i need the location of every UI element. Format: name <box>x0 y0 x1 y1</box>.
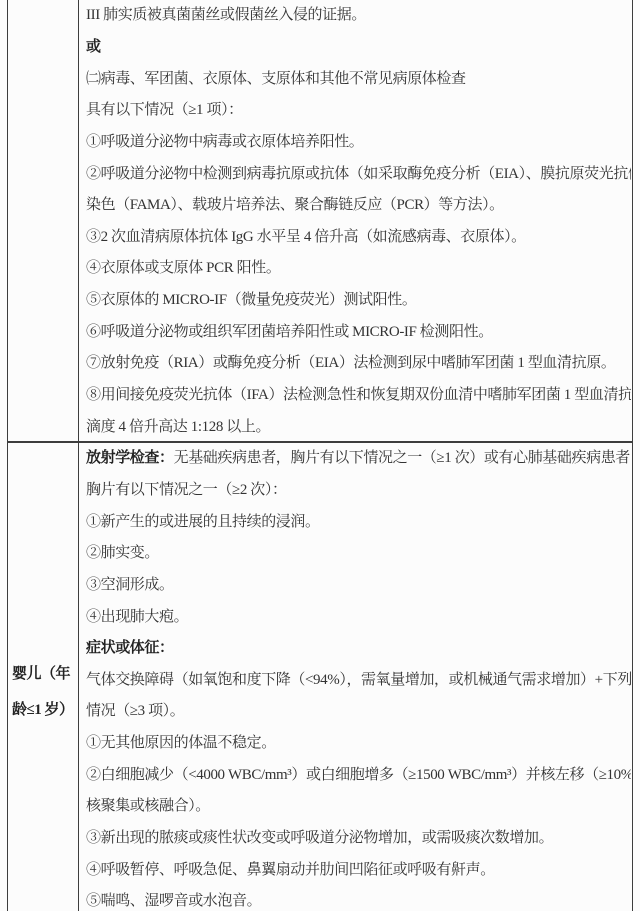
text-line: 症状或体征： <box>86 631 631 663</box>
text-line: ②肺实变。 <box>86 536 631 568</box>
text-segment: 具有以下情况（≥1 项）： <box>86 98 243 119</box>
text-line: 核聚集或核融合）。 <box>86 789 631 821</box>
text-line: ④衣原体或支原体 PCR 阳性。 <box>86 251 631 283</box>
text-segment: III 肺实质被真菌菌丝或假菌丝入侵的证据。 <box>86 3 366 24</box>
text-line: 放射学检查：无基础疾病患者，胸片有以下情况之一（≥1 次）或有心肺基础疾病患者， <box>86 441 631 473</box>
text-line: ③2 次血清病原体抗体 IgG 水平呈 4 倍升高（如流感病毒、衣原体）。 <box>86 219 631 251</box>
scanned-document-page: { "colors": { "background": "#fcfcfc", "… <box>0 0 640 911</box>
text-segment: ④出现肺大疱。 <box>86 605 188 626</box>
text-segment: ㈡病毒、军团菌、衣原体、支原体和其他不常见病原体检查 <box>86 67 466 88</box>
text-segment: 情况（≥3 项）。 <box>86 699 184 720</box>
text-line: ①呼吸道分泌物中病毒或衣原体培养阳性。 <box>86 125 631 157</box>
text-segment: ④呼吸暂停、呼吸急促、鼻翼扇动并肋间凹陷征或呼吸有鼾声。 <box>86 858 495 879</box>
text-segment: 无基础疾病患者，胸片有以下情况之一（≥1 次）或有心肺基础疾病患者， <box>174 446 631 467</box>
text-line: 情况（≥3 项）。 <box>86 694 631 726</box>
text-line: ①新产生的或进展的且持续的浸润。 <box>86 504 631 536</box>
text-line: 气体交换障碍（如氧饱和度下降（<94%），需氧量增加，或机械通气需求增加）+下列 <box>86 662 631 694</box>
text-segment: ③空洞形成。 <box>86 573 174 594</box>
text-line: ⑥呼吸道分泌物或组织军团菌培养阳性或 MICRO-IF 检测阳性。 <box>86 314 631 346</box>
table-column-divider <box>78 0 79 911</box>
text-segment: ②呼吸道分泌物中检测到病毒抗原或抗体（如采取酶免疫分析（EIA）、膜抗原荧光抗体 <box>86 162 631 183</box>
criteria-cell-infant: 放射学检查：无基础疾病患者，胸片有以下情况之一（≥1 次）或有心肺基础疾病患者，… <box>86 441 631 911</box>
text-segment: ⑦放射免疫（RIA）或酶免疫分析（EIA）法检测到尿中嗜肺军团菌 1 型血清抗原… <box>86 351 615 372</box>
text-segment: ②肺实变。 <box>86 541 159 562</box>
text-line: ③空洞形成。 <box>86 568 631 600</box>
text-segment-bold: 症状或体征： <box>86 636 174 657</box>
row-label-infant-age: 婴儿（年龄≤1 岁） <box>12 654 78 726</box>
text-segment: ③新出现的脓痰或痰性状改变或呼吸道分泌物增加，或需吸痰次数增加。 <box>86 826 553 847</box>
text-segment: 胸片有以下情况之一（≥2 次）： <box>86 478 287 499</box>
text-segment: ④衣原体或支原体 PCR 阳性。 <box>86 256 280 277</box>
text-line: ④出现肺大疱。 <box>86 599 631 631</box>
text-line: ①无其他原因的体温不稳定。 <box>86 726 631 758</box>
table-border-left <box>7 0 8 911</box>
text-segment-bold: 或 <box>86 35 101 56</box>
text-segment: 核聚集或核融合）。 <box>86 794 210 815</box>
row-label-line: 龄≤1 岁） <box>12 690 78 726</box>
text-segment: ⑥呼吸道分泌物或组织军团菌培养阳性或 MICRO-IF 检测阳性。 <box>86 320 493 341</box>
text-line: 滴度 4 倍升高达 1:128 以上。 <box>86 409 631 441</box>
text-line: 染色（FAMA）、载玻片培养法、聚合酶链反应（PCR）等方法）。 <box>86 188 631 220</box>
text-segment: 染色（FAMA）、载玻片培养法、聚合酶链反应（PCR）等方法）。 <box>86 193 504 214</box>
text-line: ⑤衣原体的 MICRO-IF（微量免疫荧光）测试阳性。 <box>86 283 631 315</box>
text-line: ②呼吸道分泌物中检测到病毒抗原或抗体（如采取酶免疫分析（EIA）、膜抗原荧光抗体 <box>86 156 631 188</box>
criteria-cell-continued: III 肺实质被真菌菌丝或假菌丝入侵的证据。或㈡病毒、军团菌、衣原体、支原体和其… <box>86 0 631 441</box>
text-segment: ②白细胞减少（<4000 WBC/mm³）或白细胞增多（≥1500 WBC/mm… <box>86 763 631 784</box>
text-line: ④呼吸暂停、呼吸急促、鼻翼扇动并肋间凹陷征或呼吸有鼾声。 <box>86 852 631 884</box>
text-line: ②白细胞减少（<4000 WBC/mm³）或白细胞增多（≥1500 WBC/mm… <box>86 757 631 789</box>
text-segment: ⑧用间接免疫荧光抗体（IFA）法检测急性和恢复期双份血清中嗜肺军团菌 1 型血清… <box>86 383 631 404</box>
text-segment: ①无其他原因的体温不稳定。 <box>86 731 276 752</box>
text-segment: 滴度 4 倍升高达 1:128 以上。 <box>86 415 270 436</box>
text-segment: 气体交换障碍（如氧饱和度下降（<94%），需氧量增加，或机械通气需求增加）+下列 <box>86 668 631 689</box>
table-border-right <box>632 0 633 911</box>
text-segment: ①呼吸道分泌物中病毒或衣原体培养阳性。 <box>86 130 363 151</box>
text-segment: ⑤喘鸣、湿啰音或水泡音。 <box>86 889 261 910</box>
text-line: 具有以下情况（≥1 项）： <box>86 93 631 125</box>
text-line: ⑧用间接免疫荧光抗体（IFA）法检测急性和恢复期双份血清中嗜肺军团菌 1 型血清… <box>86 378 631 410</box>
text-line: III 肺实质被真菌菌丝或假菌丝入侵的证据。 <box>86 0 631 30</box>
text-segment: ①新产生的或进展的且持续的浸润。 <box>86 510 320 531</box>
text-line: ⑦放射免疫（RIA）或酶免疫分析（EIA）法检测到尿中嗜肺军团菌 1 型血清抗原… <box>86 346 631 378</box>
text-segment: ⑤衣原体的 MICRO-IF（微量免疫荧光）测试阳性。 <box>86 288 416 309</box>
row-label-line: 婴儿（年 <box>12 654 78 690</box>
text-line: ⑤喘鸣、湿啰音或水泡音。 <box>86 884 631 911</box>
text-segment-bold: 放射学检查： <box>86 446 174 467</box>
text-line: 胸片有以下情况之一（≥2 次）： <box>86 473 631 505</box>
text-line: ㈡病毒、军团菌、衣原体、支原体和其他不常见病原体检查 <box>86 61 631 93</box>
text-line: ③新出现的脓痰或痰性状改变或呼吸道分泌物增加，或需吸痰次数增加。 <box>86 821 631 853</box>
text-segment: ③2 次血清病原体抗体 IgG 水平呈 4 倍升高（如流感病毒、衣原体）。 <box>86 225 526 246</box>
text-line: 或 <box>86 30 631 62</box>
